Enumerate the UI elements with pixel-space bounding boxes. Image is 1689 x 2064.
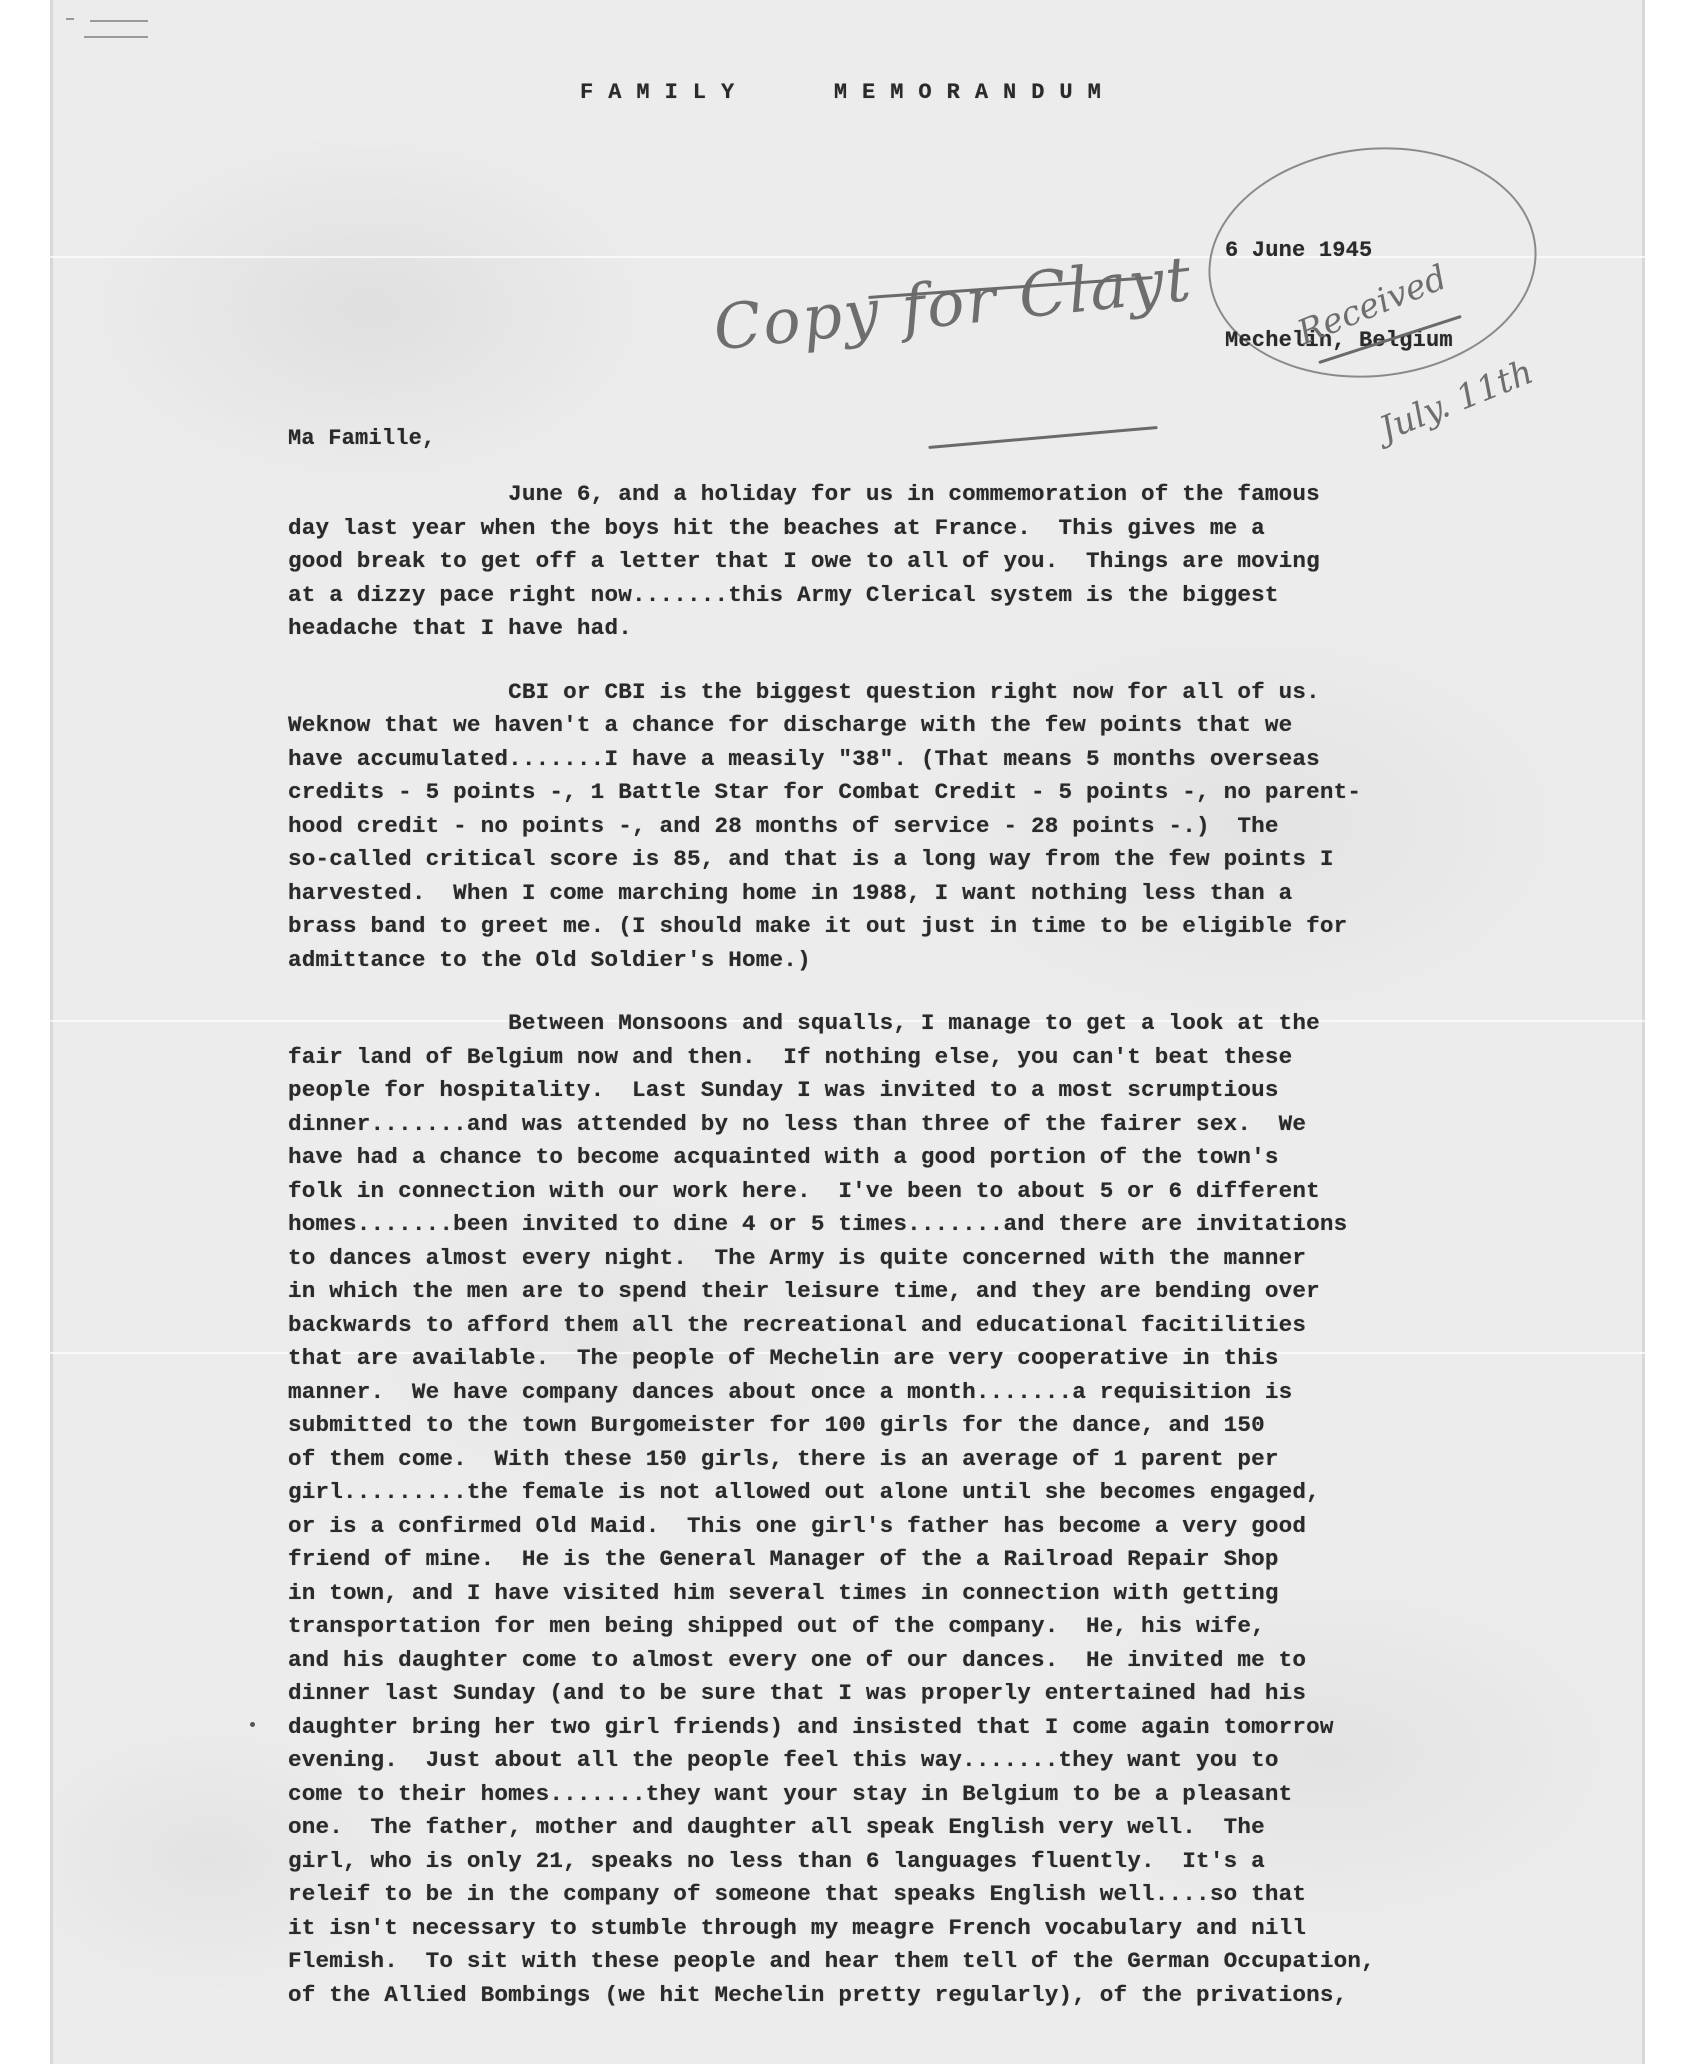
text-line: to dances almost every night. The Army i… xyxy=(288,1242,1608,1276)
text-line: have had a chance to become acquainted w… xyxy=(288,1141,1608,1175)
text-line: manner. We have company dances about onc… xyxy=(288,1376,1608,1410)
text-line: CBI or CBI is the biggest question right… xyxy=(288,676,1608,710)
text-line: hood credit - no points -, and 28 months… xyxy=(288,810,1608,844)
text-line: day last year when the boys hit the beac… xyxy=(288,512,1608,546)
text-line: in town, and I have visited him several … xyxy=(288,1577,1608,1611)
text-line: Between Monsoons and squalls, I manage t… xyxy=(288,1007,1608,1041)
text-line: June 6, and a holiday for us in commemor… xyxy=(288,478,1608,512)
memo-title: FAMILY MEMORANDUM xyxy=(580,80,1116,105)
ink-dot xyxy=(250,1722,255,1727)
letter-body: June 6, and a holiday for us in commemor… xyxy=(288,478,1608,2042)
text-line: people for hospitality. Last Sunday I wa… xyxy=(288,1074,1608,1108)
text-line: good break to get off a letter that I ow… xyxy=(288,545,1608,579)
text-line: headache that I have had. xyxy=(288,612,1608,646)
corner-smudge-marks xyxy=(62,14,152,54)
text-line: one. The father, mother and daughter all… xyxy=(288,1811,1608,1845)
text-line: Weknow that we haven't a chance for disc… xyxy=(288,709,1608,743)
text-line: releif to be in the company of someone t… xyxy=(288,1878,1608,1912)
text-line: harvested. When I come marching home in … xyxy=(288,877,1608,911)
paragraph: CBI or CBI is the biggest question right… xyxy=(288,676,1608,978)
text-line: or is a confirmed Old Maid. This one gir… xyxy=(288,1510,1608,1544)
text-line: Flemish. To sit with these people and he… xyxy=(288,1945,1608,1979)
text-line: of them come. With these 150 girls, ther… xyxy=(288,1443,1608,1477)
text-line: so-called critical score is 85, and that… xyxy=(288,843,1608,877)
text-line: submitted to the town Burgomeister for 1… xyxy=(288,1409,1608,1443)
text-line: come to their homes.......they want your… xyxy=(288,1778,1608,1812)
text-line: have accumulated.......I have a measily … xyxy=(288,743,1608,777)
text-line: in which the men are to spend their leis… xyxy=(288,1275,1608,1309)
text-line: of the Allied Bombings (we hit Mechelin … xyxy=(288,1979,1608,2013)
paragraph: Between Monsoons and squalls, I manage t… xyxy=(288,1007,1608,2012)
text-line: homes.......been invited to dine 4 or 5 … xyxy=(288,1208,1608,1242)
text-line: dinner.......and was attended by no less… xyxy=(288,1108,1608,1142)
text-line: fair land of Belgium now and then. If no… xyxy=(288,1041,1608,1075)
text-line: girl, who is only 21, speaks no less tha… xyxy=(288,1845,1608,1879)
text-line: daughter bring her two girl friends) and… xyxy=(288,1711,1608,1745)
text-line: at a dizzy pace right now.......this Arm… xyxy=(288,579,1608,613)
text-line: friend of mine. He is the General Manage… xyxy=(288,1543,1608,1577)
text-line: dinner last Sunday (and to be sure that … xyxy=(288,1677,1608,1711)
text-line: it isn't necessary to stumble through my… xyxy=(288,1912,1608,1946)
text-line: that are available. The people of Mechel… xyxy=(288,1342,1608,1376)
text-line: girl.........the female is not allowed o… xyxy=(288,1476,1608,1510)
text-line: and his daughter come to almost every on… xyxy=(288,1644,1608,1678)
text-line: transportation for men being shipped out… xyxy=(288,1610,1608,1644)
text-line: brass band to greet me. (I should make i… xyxy=(288,910,1608,944)
text-line: folk in connection with our work here. I… xyxy=(288,1175,1608,1209)
salutation: Ma Famille, xyxy=(288,426,435,451)
text-line: credits - 5 points -, 1 Battle Star for … xyxy=(288,776,1608,810)
text-line: backwards to afford them all the recreat… xyxy=(288,1309,1608,1343)
text-line: admittance to the Old Soldier's Home.) xyxy=(288,944,1608,978)
text-line: evening. Just about all the people feel … xyxy=(288,1744,1608,1778)
paragraph: June 6, and a holiday for us in commemor… xyxy=(288,478,1608,646)
